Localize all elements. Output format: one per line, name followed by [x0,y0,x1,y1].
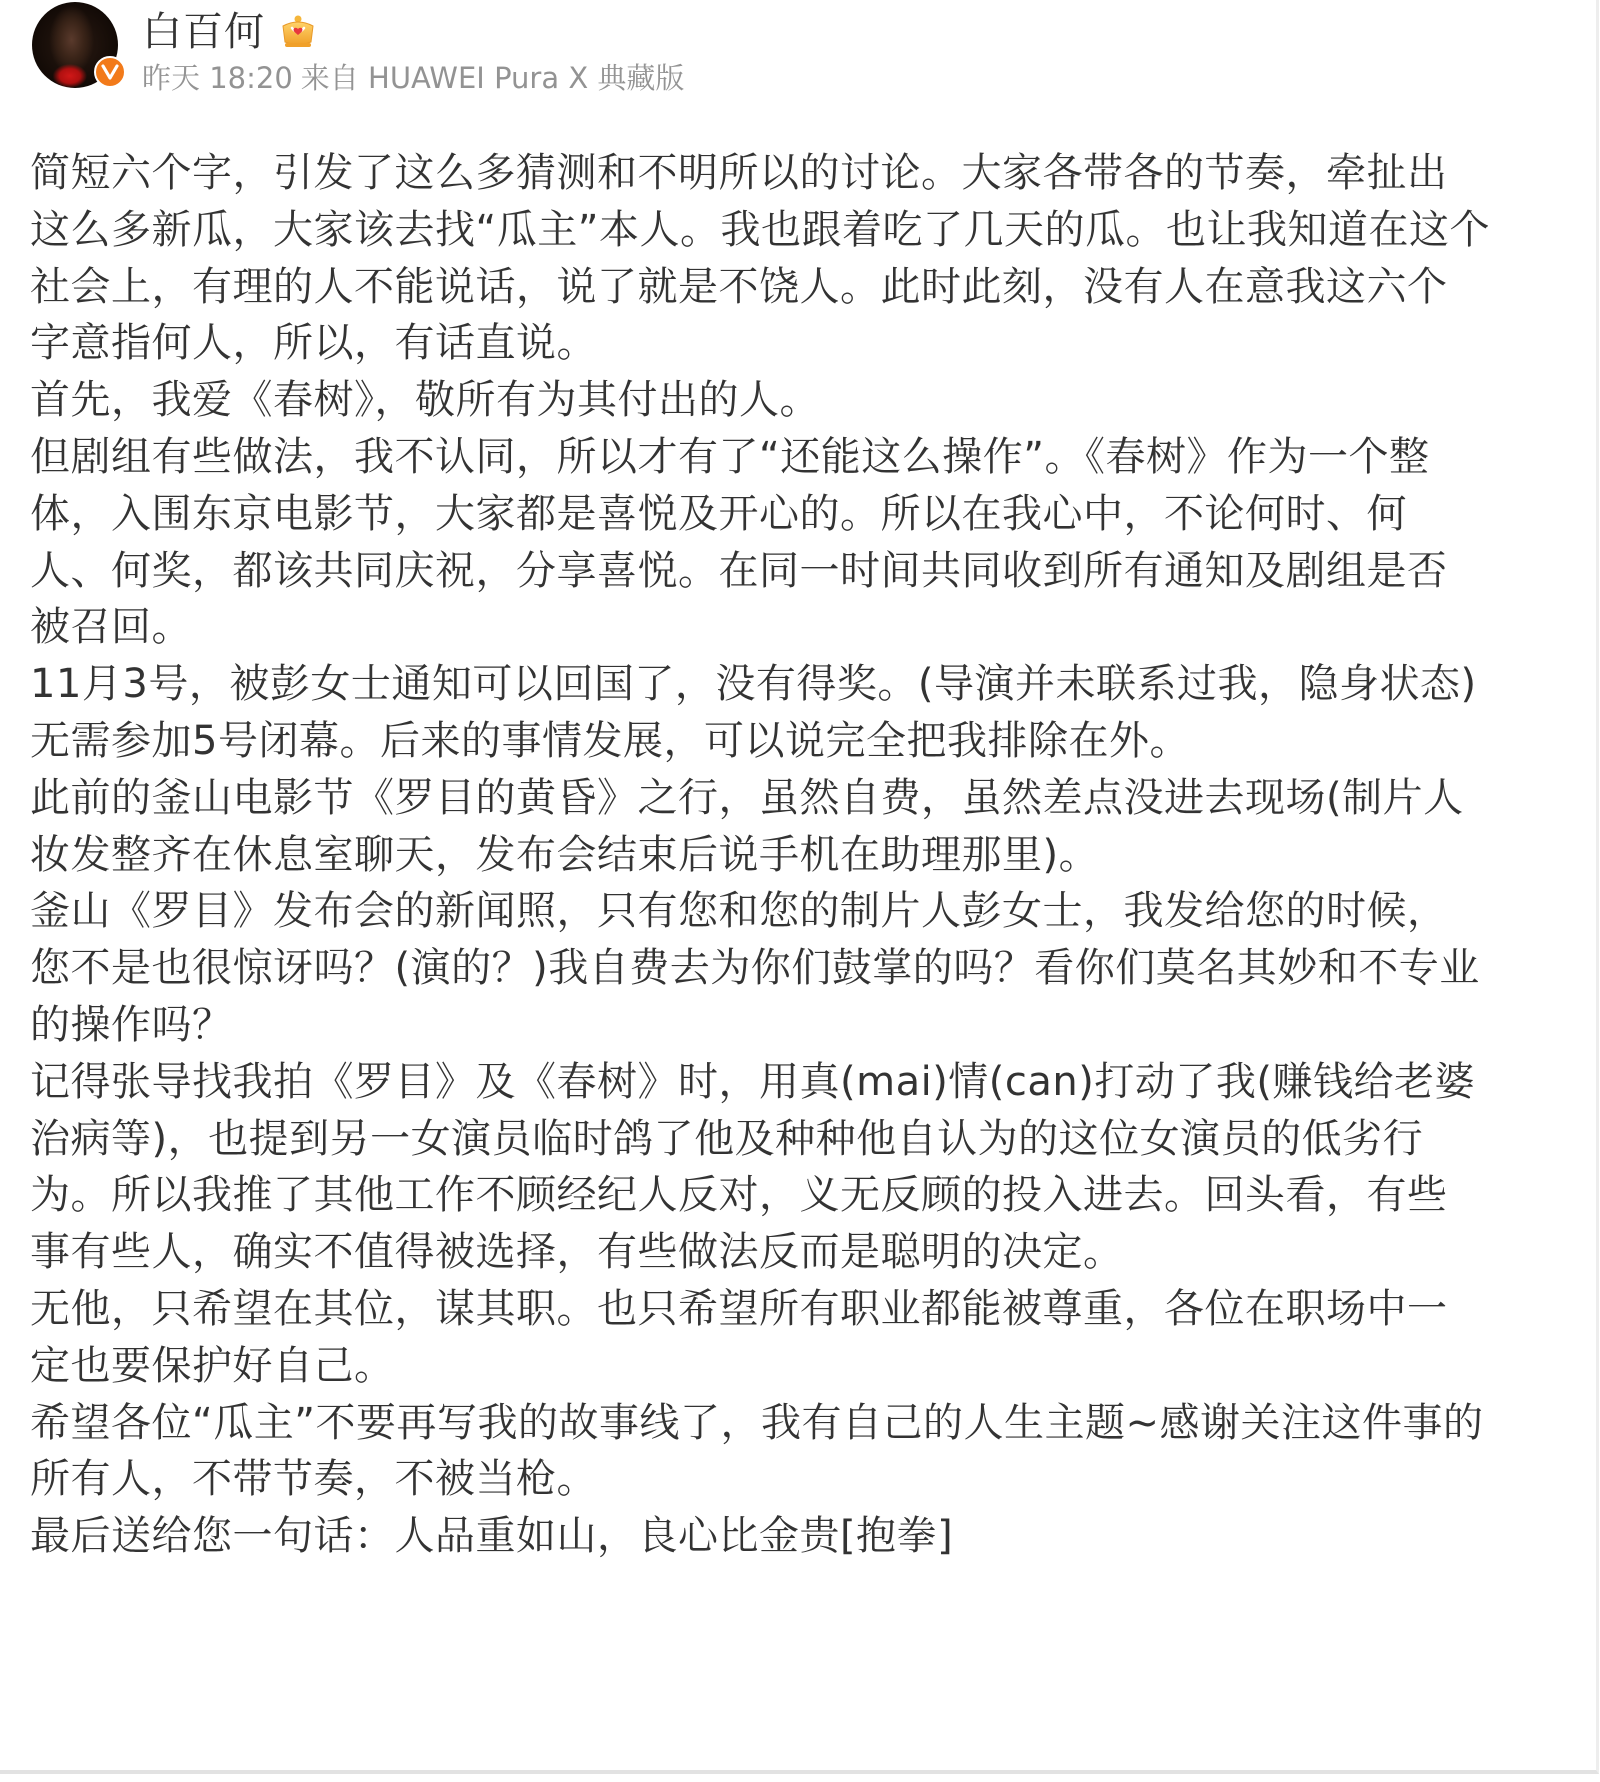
text-line: 定也要保护好自己。 [30,1338,1590,1395]
author-name[interactable]: 白百何 [142,8,265,56]
text-line: 简短六个字，引发了这么多猜测和不明所以的讨论。大家各带各的节奏，牵扯出 [30,145,1590,202]
paragraph: 釜山《罗目》发布会的新闻照，只有您和您的制片人彭女士，我发给您的时候， 您不是也… [30,883,1590,1053]
verified-v-badge-icon [94,56,126,88]
paragraph: 简短六个字，引发了这么多猜测和不明所以的讨论。大家各带各的节奏，牵扯出 这么多新… [30,145,1590,372]
text-line: 字意指何人，所以，有话直说。 [30,315,1590,372]
text-line: 此前的釜山电影节《罗目的黄昏》之行，虽然自费，虽然差点没进去现场(制片人 [30,770,1590,827]
text-line: 希望各位“瓜主”不要再写我的故事线了，我有自己的人生主题~感谢关注这件事的 [30,1395,1590,1452]
post-source: 来自 HUAWEI Pura X 典藏版 [301,61,685,95]
text-line: 社会上，有理的人不能说话，说了就是不饶人。此时此刻，没有人在意我这六个 [30,259,1590,316]
text-line: 的操作吗？ [30,997,1590,1054]
text-line: 为。所以我推了其他工作不顾经纪人反对，义无反顾的投入进去。回头看，有些 [30,1167,1590,1224]
text-line: 首先，我爱《春树》，敬所有为其付出的人。 [30,372,1590,429]
text-line: 釜山《罗目》发布会的新闻照，只有您和您的制片人彭女士，我发给您的时候， [30,883,1590,940]
post-meta: 昨天 18:20来自 HUAWEI Pura X 典藏版 [142,60,692,96]
paragraph: 此前的釜山电影节《罗目的黄昏》之行，虽然自费，虽然差点没进去现场(制片人 妆发整… [30,770,1590,884]
text-line: 治病等)，也提到另一女演员临时鸽了他及种种他自认为的这位女演员的低劣行 [30,1111,1590,1168]
text-line: 被召回。 [30,599,1590,656]
avatar-wrapper[interactable] [32,2,120,90]
paragraph: 11月3号，被彭女士通知可以回国了，没有得奖。(导演并未联系过我，隐身状态) 无… [30,656,1590,770]
text-line: 事有些人，确实不值得被选择，有些做法反而是聪明的决定。 [30,1224,1590,1281]
post-content: 简短六个字，引发了这么多猜测和不明所以的讨论。大家各带各的节奏，牵扯出 这么多新… [30,145,1590,1565]
paragraph: 无他，只希望在其位，谋其职。也只希望所有职业都能被尊重，各位在职场中一 定也要保… [30,1281,1590,1395]
text-line: 11月3号，被彭女士通知可以回国了，没有得奖。(导演并未联系过我，隐身状态) [30,656,1590,713]
text-line: 无他，只希望在其位，谋其职。也只希望所有职业都能被尊重，各位在职场中一 [30,1281,1590,1338]
post-time[interactable]: 昨天 18:20 [142,61,293,95]
paragraph: 希望各位“瓜主”不要再写我的故事线了，我有自己的人生主题~感谢关注这件事的 所有… [30,1395,1590,1509]
text-line: 体，入围东京电影节，大家都是喜悦及开心的。所以在我心中，不论何时、何 [30,486,1590,543]
user-info: 白百何 昨天 18:20来自 HUAWEI Pura [142,2,692,96]
text-line: 但剧组有些做法，我不认同，所以才有了“还能这么操作”。《春树》作为一个整 [30,429,1590,486]
text-line: 人、何奖，都该共同庆祝，分享喜悦。在同一时间共同收到所有通知及剧组是否 [30,543,1590,600]
text-line: 记得张导找我拍《罗目》及《春树》时，用真(mai)情(can)打动了我(赚钱给老… [30,1054,1590,1111]
text-line: 您不是也很惊讶吗？(演的？)我自费去为你们鼓掌的吗？看你们莫名其妙和不专业 [30,940,1590,997]
paragraph: 但剧组有些做法，我不认同，所以才有了“还能这么操作”。《春树》作为一个整 体，入… [30,429,1590,656]
paragraph: 记得张导找我拍《罗目》及《春树》时，用真(mai)情(can)打动了我(赚钱给老… [30,1054,1590,1281]
paragraph: 首先，我爱《春树》，敬所有为其付出的人。 [30,372,1590,429]
weibo-post-card: 白百何 昨天 18:20来自 HUAWEI Pura [0,0,1599,1774]
name-row: 白百何 [142,8,692,56]
text-line: 这么多新瓜，大家该去找“瓜主”本人。我也跟着吃了几天的瓜。也让我知道在这个 [30,202,1590,259]
paragraph: 最后送给您一句话：人品重如山，良心比金贵[抱拳] [30,1508,1590,1565]
crown-member-icon[interactable] [279,14,317,50]
text-line: 无需参加5号闭幕。后来的事情发展，可以说完全把我排除在外。 [30,713,1590,770]
text-line: 所有人，不带节奏，不被当枪。 [30,1451,1590,1508]
text-line: 最后送给您一句话：人品重如山，良心比金贵[抱拳] [30,1508,1590,1565]
post-header: 白百何 昨天 18:20来自 HUAWEI Pura [32,2,692,102]
text-line: 妆发整齐在休息室聊天，发布会结束后说手机在助理那里)。 [30,827,1590,884]
